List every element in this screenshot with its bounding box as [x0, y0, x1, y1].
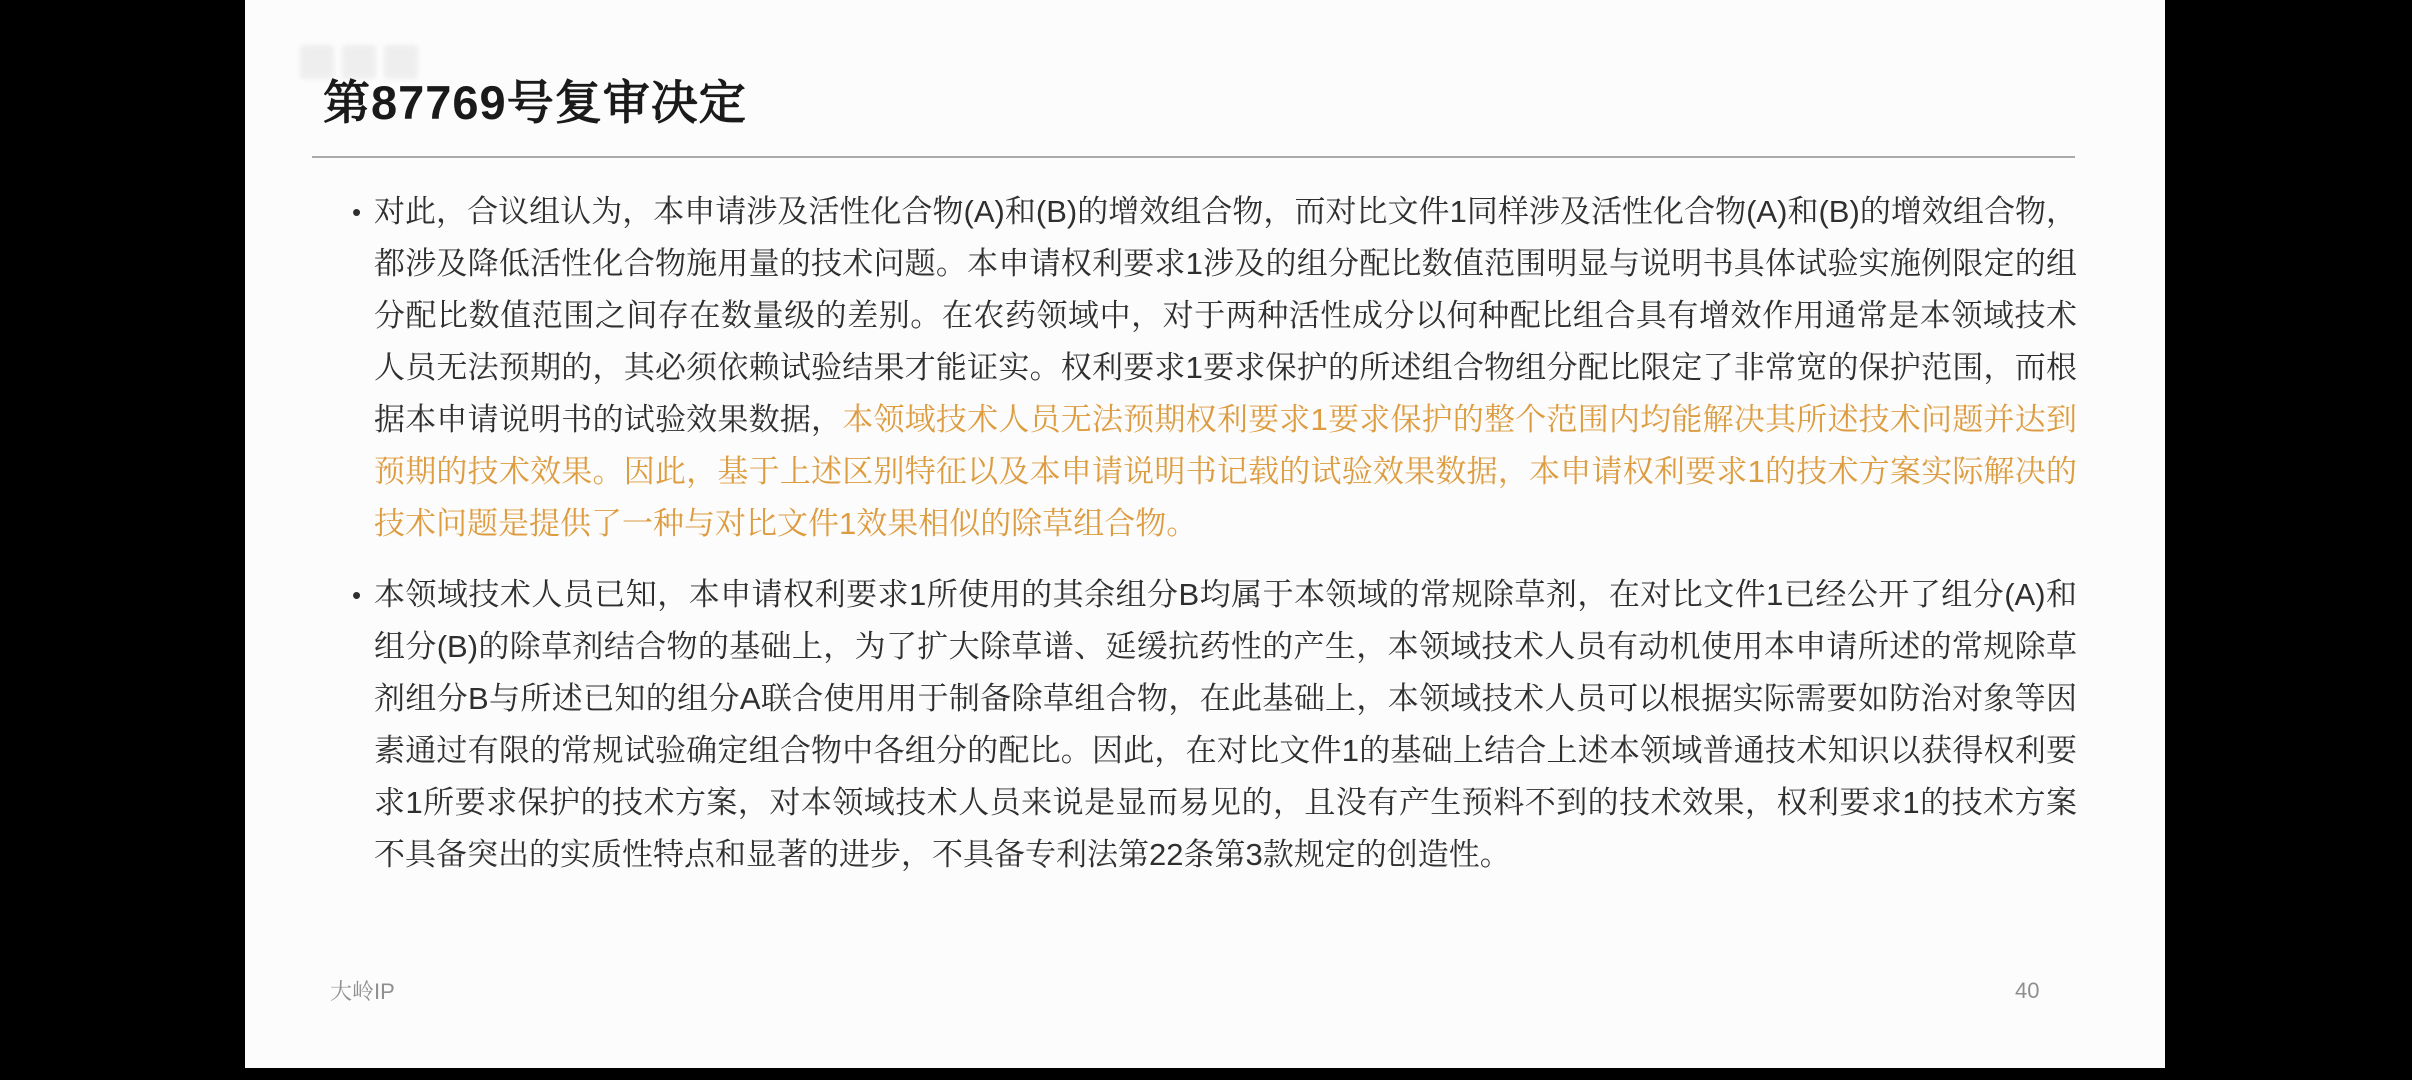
page-number: 40: [2015, 978, 2039, 1004]
presentation-slide: 第87769号复审决定 对此，合议组认为，本申请涉及活性化合物(A)和(B)的增…: [245, 0, 2165, 1068]
bullet-item: 对此，合议组认为，本申请涉及活性化合物(A)和(B)的增效组合物，而对比文件1同…: [352, 186, 2077, 550]
bullet-list: 对此，合议组认为，本申请涉及活性化合物(A)和(B)的增效组合物，而对比文件1同…: [352, 186, 2077, 900]
text-segment-body: 对此，合议组认为，本申请涉及活性化合物(A)和(B)的增效组合物，而对比文件1同…: [374, 194, 2077, 437]
title-divider: [312, 156, 2075, 158]
footer-brand: 大岭IP: [330, 975, 395, 1006]
page-title: 第87769号复审决定: [323, 66, 747, 133]
bullet-item: 本领域技术人员已知，本申请权利要求1所使用的其余组分B均属于本领域的常规除草剂，…: [352, 569, 2077, 881]
text-segment-body: 本领域技术人员已知，本申请权利要求1所使用的其余组分B均属于本领域的常规除草剂，…: [374, 577, 2077, 872]
